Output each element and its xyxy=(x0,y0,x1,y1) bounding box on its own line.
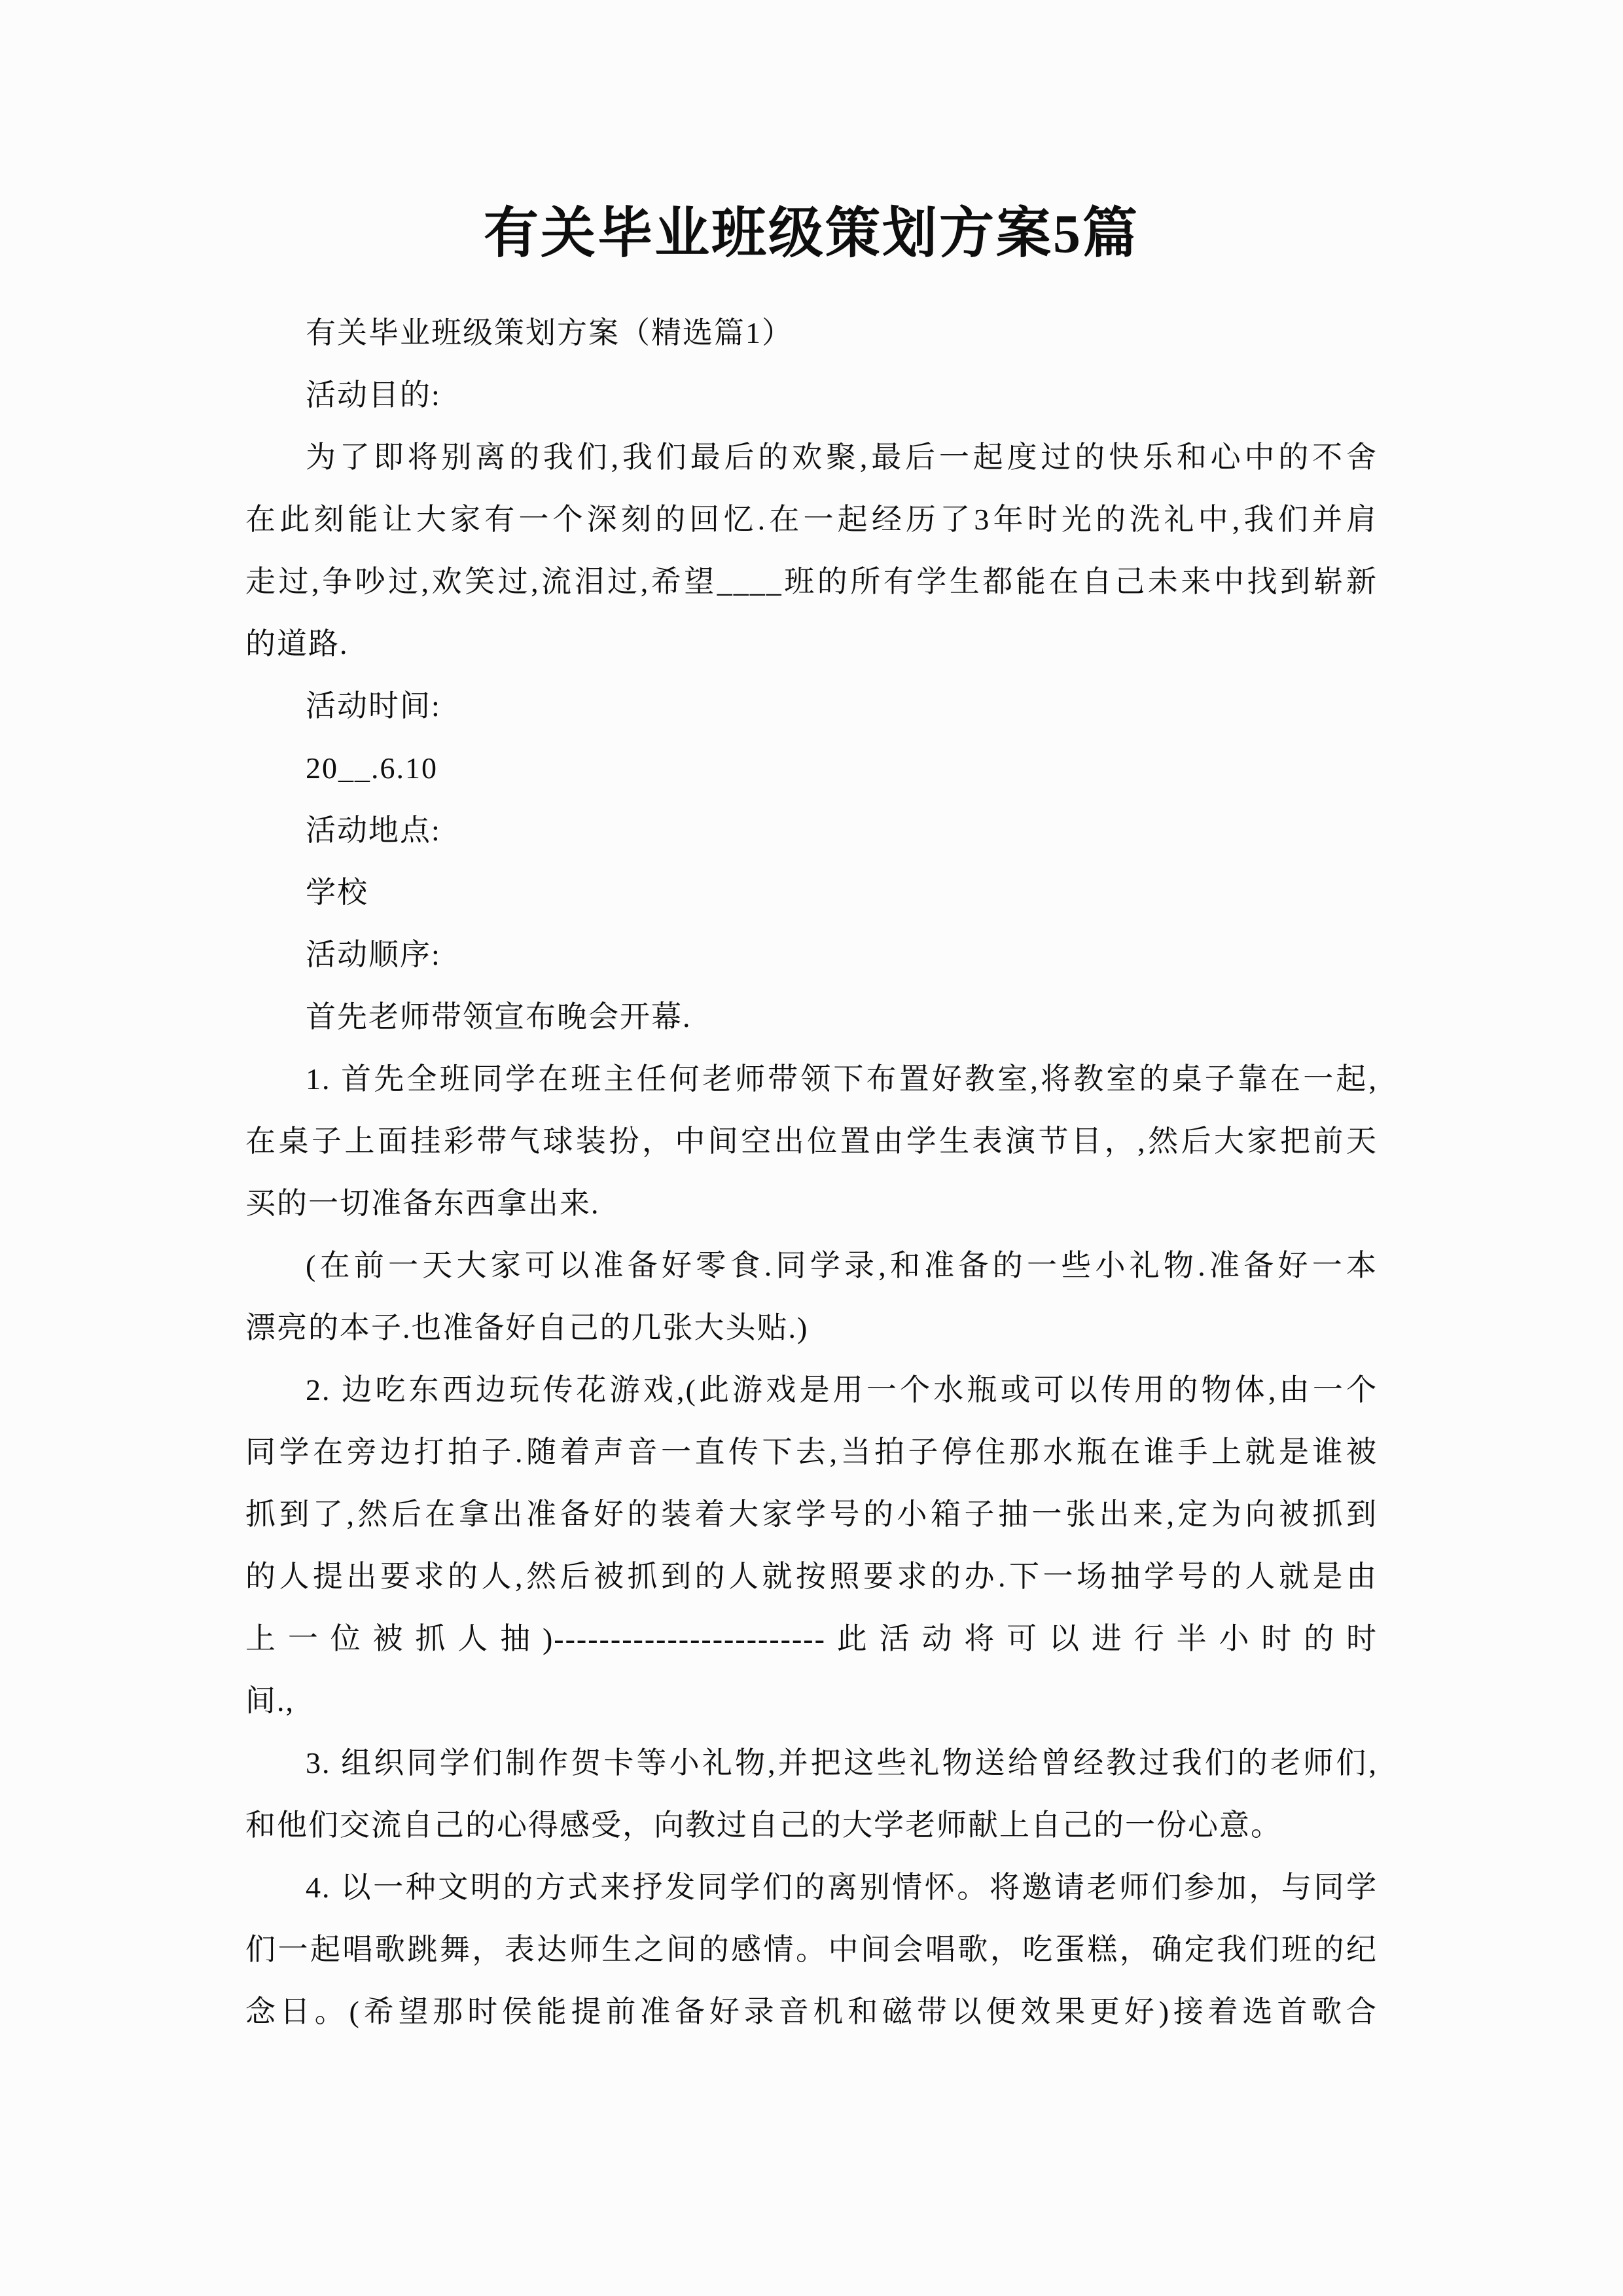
document-page: 有关毕业班级策划方案5篇 有关毕业班级策划方案（精选篇1）活动目的:为了即将别离… xyxy=(0,0,1623,2296)
text-line: 走过,争吵过,欢笑过,流泪过,希望____班的所有学生都能在自己未来中找到崭新 xyxy=(245,550,1378,613)
text-line: 在桌子上面挂彩带气球装扮，中间空出位置由学生表演节目，,然后大家把前天 xyxy=(245,1110,1378,1172)
text-line: (在前一天大家可以准备好零食.同学录,和准备的一些小礼物.准备好一本 xyxy=(245,1234,1378,1297)
document-title: 有关毕业班级策划方案5篇 xyxy=(0,202,1623,267)
text-line: 4. 以一种文明的方式来抒发同学们的离别情怀。将邀请老师们参加，与同学 xyxy=(245,1856,1378,1918)
text-line: 漂亮的本子.也准备好自己的几张大头贴.) xyxy=(245,1297,1378,1359)
text-line: 1. 首先全班同学在班主任何老师带领下布置好教室,将教室的桌子靠在一起, xyxy=(245,1048,1378,1110)
text-line: 活动顺序: xyxy=(245,924,1378,986)
text-line: 活动目的: xyxy=(245,364,1378,426)
text-line: 念日。(希望那时侯能提前准备好录音机和磁带以便效果更好)接着选首歌合 xyxy=(245,1981,1378,2043)
text-line: 3. 组织同学们制作贺卡等小礼物,并把这些礼物送给曾经教过我们的老师们, xyxy=(245,1732,1378,1794)
text-line: 上一位被抓人抽)------------------------此活动将可以进行… xyxy=(245,1607,1378,1670)
text-line: 活动地点: xyxy=(245,799,1378,861)
text-line: 们一起唱歌跳舞，表达师生之间的感情。中间会唱歌，吃蛋糕，确定我们班的纪 xyxy=(245,1918,1378,1981)
document-body: 有关毕业班级策划方案（精选篇1）活动目的:为了即将别离的我们,我们最后的欢聚,最… xyxy=(245,302,1378,2043)
text-line: 买的一切准备东西拿出来. xyxy=(245,1172,1378,1234)
text-line: 首先老师带领宣布晚会开幕. xyxy=(245,986,1378,1048)
text-line: 有关毕业班级策划方案（精选篇1） xyxy=(245,302,1378,364)
text-line: 的道路. xyxy=(245,613,1378,675)
text-line: 2. 边吃东西边玩传花游戏,(此游戏是用一个水瓶或可以传用的物体,由一个 xyxy=(245,1359,1378,1421)
text-line: 间., xyxy=(245,1670,1378,1732)
text-line: 20__.6.10 xyxy=(245,737,1378,799)
text-line: 在此刻能让大家有一个深刻的回忆.在一起经历了3年时光的洗礼中,我们并肩 xyxy=(245,488,1378,550)
text-line: 和他们交流自己的心得感受，向教过自己的大学老师献上自己的一份心意。 xyxy=(245,1794,1378,1856)
text-line: 学校 xyxy=(245,861,1378,924)
text-line: 同学在旁边打拍子.随着声音一直传下去,当拍子停住那水瓶在谁手上就是谁被 xyxy=(245,1421,1378,1483)
text-line: 的人提出要求的人,然后被抓到的人就按照要求的办.下一场抽学号的人就是由 xyxy=(245,1545,1378,1607)
text-line: 为了即将别离的我们,我们最后的欢聚,最后一起度过的快乐和心中的不舍 xyxy=(245,426,1378,488)
text-line: 抓到了,然后在拿出准备好的装着大家学号的小箱子抽一张出来,定为向被抓到 xyxy=(245,1483,1378,1545)
text-line: 活动时间: xyxy=(245,675,1378,737)
